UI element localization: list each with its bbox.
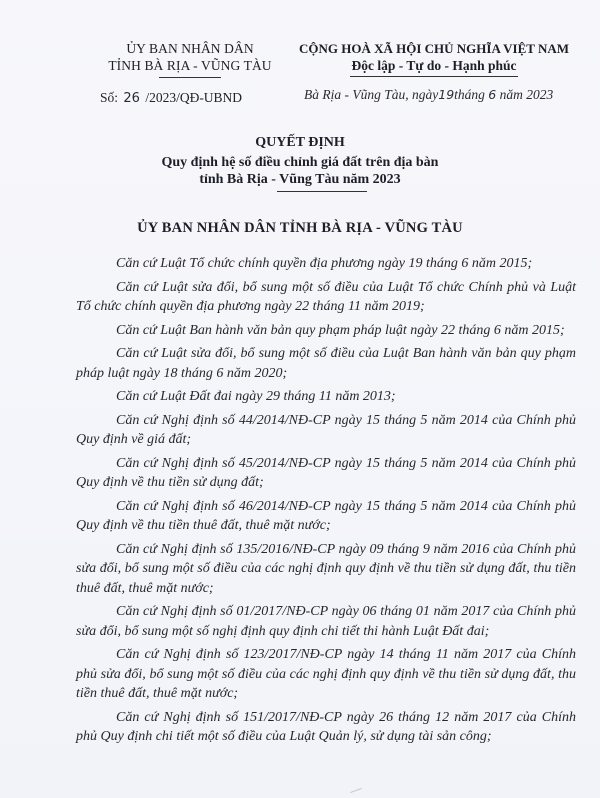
legal-basis-paragraph: Căn cứ Nghị định số 45/2014/NĐ-CP ngày 1…: [76, 454, 576, 493]
year-text: năm 2023: [500, 87, 554, 102]
doc-number-label: Số:: [100, 90, 118, 105]
legal-basis-paragraph: Căn cứ Nghị định số 123/2017/NĐ-CP ngày …: [76, 645, 576, 704]
legal-basis-paragraph: Căn cứ Nghị định số 135/2016/NĐ-CP ngày …: [76, 540, 576, 599]
legal-basis-paragraph: Căn cứ Nghị định số 46/2014/NĐ-CP ngày 1…: [76, 497, 576, 536]
place-and-date: Bà Rịa - Vũng Tàu, ngày19tháng 6 năm 202…: [304, 87, 553, 103]
national-header-block: CỘNG HOÀ XÃ HỘI CHỦ NGHĨA VIỆT NAM Độc l…: [288, 40, 580, 77]
document-type-title: QUYẾT ĐỊNH: [0, 135, 600, 151]
subject-line-1: Quy định hệ số điều chỉnh giá đất trên đ…: [0, 154, 600, 171]
month-label: tháng: [454, 87, 485, 102]
legal-basis-paragraph: Căn cứ Luật sửa đổi, bổ sung một số điều…: [76, 344, 576, 383]
motto-underline: [350, 76, 518, 77]
legal-basis-paragraph: Căn cứ Nghị định số 151/2017/NĐ-CP ngày …: [76, 708, 576, 747]
legal-basis-paragraph: Căn cứ Luật sửa đổi, bổ sung một số điều…: [76, 278, 576, 317]
day-handwritten: 19: [438, 87, 454, 102]
issuing-body-heading: ỦY BAN NHÂN DÂN TỈNH BÀ RỊA - VŨNG TÀU: [0, 220, 600, 237]
month-handwritten: 6: [488, 87, 496, 102]
legal-basis-paragraph: Căn cứ Nghị định số 44/2014/NĐ-CP ngày 1…: [76, 411, 576, 450]
legal-basis-section: Căn cứ Luật Tổ chức chính quyền địa phươ…: [76, 254, 576, 751]
doc-number-handwritten: 26: [121, 91, 142, 106]
document-number: Số: 26 /2023/QĐ-UBND: [100, 90, 242, 106]
legal-basis-paragraph: Căn cứ Nghị định số 01/2017/NĐ-CP ngày 0…: [76, 602, 576, 641]
issuing-authority-block: ỦY BAN NHÂN DÂN TỈNH BÀ RỊA - VŨNG TÀU S…: [80, 40, 300, 78]
authority-line-1: ỦY BAN NHÂN DÂN: [80, 40, 300, 57]
place-date-prefix: Bà Rịa - Vũng Tàu, ngày: [304, 87, 438, 102]
authority-underline: [159, 77, 221, 78]
national-motto: Độc lập - Tự do - Hạnh phúc: [288, 57, 580, 74]
title-underline: [277, 191, 367, 192]
legal-basis-paragraph: Căn cứ Luật Ban hành văn bản quy phạm ph…: [76, 321, 576, 341]
document-page: ỦY BAN NHÂN DÂN TỈNH BÀ RỊA - VŨNG TÀU S…: [0, 0, 600, 798]
legal-basis-paragraph: Căn cứ Luật Tổ chức chính quyền địa phươ…: [76, 254, 576, 274]
national-title: CỘNG HOÀ XÃ HỘI CHỦ NGHĨA VIỆT NAM: [288, 40, 580, 57]
pen-mark: [350, 788, 362, 793]
subject-line-2: tỉnh Bà Rịa - Vũng Tàu năm 2023: [0, 171, 600, 188]
document-subject: Quy định hệ số điều chỉnh giá đất trên đ…: [0, 154, 600, 188]
authority-line-2: TỈNH BÀ RỊA - VŨNG TÀU: [80, 57, 300, 74]
doc-number-suffix: /2023/QĐ-UBND: [145, 90, 242, 105]
legal-basis-paragraph: Căn cứ Luật Đất đai ngày 29 tháng 11 năm…: [76, 387, 576, 407]
